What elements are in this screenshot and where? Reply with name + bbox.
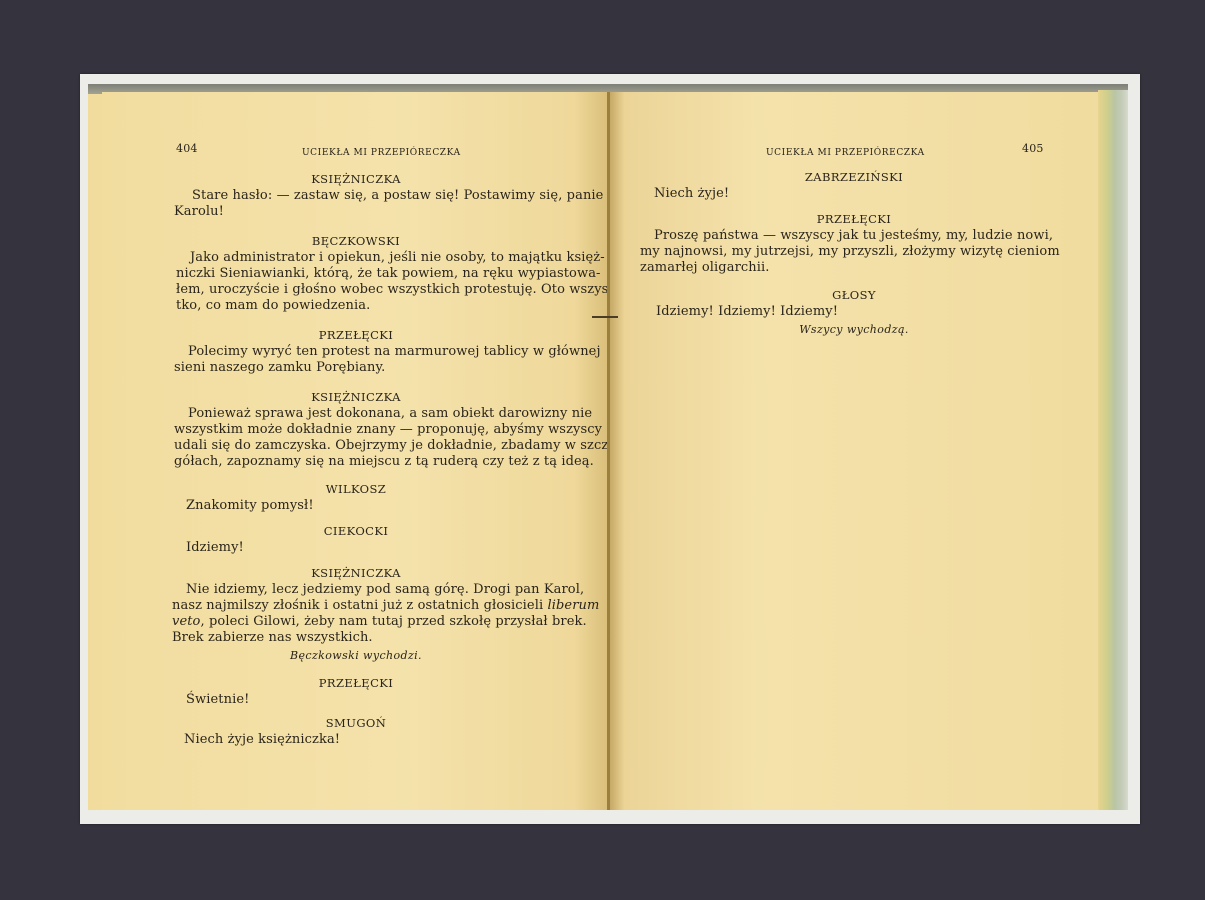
page-number: 405 [1022, 142, 1044, 155]
dialogue-text: , poleci Gilowi, żeby nam tutaj przed sz… [201, 614, 587, 629]
dialogue-line: Proszę państwa — wszyscy jak tu jesteśmy… [654, 228, 1042, 243]
speaker-name: WILKOSZ [102, 482, 610, 496]
speaker-name: BĘCZKOWSKI [102, 234, 610, 248]
speaker-name: PRZEŁĘCKI [610, 212, 1098, 226]
dialogue-line: Karolu! [174, 204, 224, 219]
dialogue-line: veto, poleci Gilowi, żeby nam tutaj prze… [172, 614, 578, 629]
dialogue-line: Niech żyje! [654, 186, 729, 201]
dialogue-line: Idziemy! Idziemy! Idziemy! [656, 304, 838, 319]
dialogue-line: Idziemy! [186, 540, 244, 555]
dialogue-line: wszystkim może dokładnie znany — proponu… [174, 422, 578, 437]
speaker-name: PRZEŁĘCKI [102, 676, 610, 690]
dialogue-line: niczki Sieniawianki, którą, że tak powie… [176, 266, 578, 281]
right-page: UCIEKŁA MI PRZEPIÓRECZKA 405 ZABRZEZIŃSK… [610, 92, 1098, 810]
page-stack-edge [1098, 90, 1128, 810]
dialogue-line: Brek zabierze nas wszystkich. [172, 630, 373, 645]
stage-direction: Bęczkowski wychodzi. [102, 649, 610, 662]
gutter-mark [592, 316, 618, 318]
speaker-name: GŁOSY [610, 288, 1098, 302]
running-head: UCIEKŁA MI PRZEPIÓRECZKA [302, 148, 461, 158]
stage-direction: Wszycy wychodzą. [610, 323, 1098, 336]
dialogue-line: Niech żyje księżniczka! [184, 732, 340, 747]
latin-phrase: veto [172, 614, 201, 629]
dialogue-line: łem, uroczyście i głośno wobec wszystkic… [176, 282, 578, 297]
dialogue-line: zamarłej oligarchii. [640, 260, 770, 275]
dialogue-line: Znakomity pomysł! [186, 498, 314, 513]
left-page: 404 UCIEKŁA MI PRZEPIÓRECZKA KSIĘŻNICZKA… [102, 92, 610, 810]
speaker-name: KSIĘŻNICZKA [102, 566, 610, 580]
speaker-name: SMUGOŃ [102, 716, 610, 730]
dialogue-line: Jako administrator i opiekun, jeśli nie … [190, 250, 578, 265]
dialogue-line: Świetnie! [186, 692, 249, 707]
dialogue-line: sieni naszego zamku Porębiany. [174, 360, 385, 375]
speaker-name: CIEKOCKI [102, 524, 610, 538]
dialogue-line: gółach, zapoznamy się na miejscu z tą ru… [174, 454, 594, 469]
dialogue-line: Stare hasło: — zastaw się, a postaw się!… [192, 188, 578, 203]
dialogue-text: nasz najmilszy złośnik i ostatni już z o… [172, 598, 543, 613]
dialogue-line: udali się do zamczyska. Obejrzymy je dok… [174, 438, 578, 453]
latin-phrase: liberum [547, 598, 599, 613]
dialogue-line: my najnowsi, my jutrzejsi, my przyszli, … [640, 244, 1042, 259]
speaker-name: KSIĘŻNICZKA [102, 390, 610, 404]
dialogue-line: Polecimy wyryć ten protest na marmurowej… [188, 344, 578, 359]
speaker-name: ZABRZEZIŃSKI [610, 170, 1098, 184]
open-book: 404 UCIEKŁA MI PRZEPIÓRECZKA KSIĘŻNICZKA… [88, 84, 1128, 810]
page-number: 404 [176, 142, 198, 155]
speaker-name: KSIĘŻNICZKA [102, 172, 610, 186]
dialogue-line: Nie idziemy, lecz jedziemy pod samą górę… [186, 582, 578, 597]
running-head: UCIEKŁA MI PRZEPIÓRECZKA [766, 148, 925, 158]
dialogue-line: Ponieważ sprawa jest dokonana, a sam obi… [188, 406, 578, 421]
dialogue-line: tko, co mam do powiedzenia. [176, 298, 370, 313]
dialogue-line: nasz najmilszy złośnik i ostatni już z o… [172, 598, 578, 613]
speaker-name: PRZEŁĘCKI [102, 328, 610, 342]
